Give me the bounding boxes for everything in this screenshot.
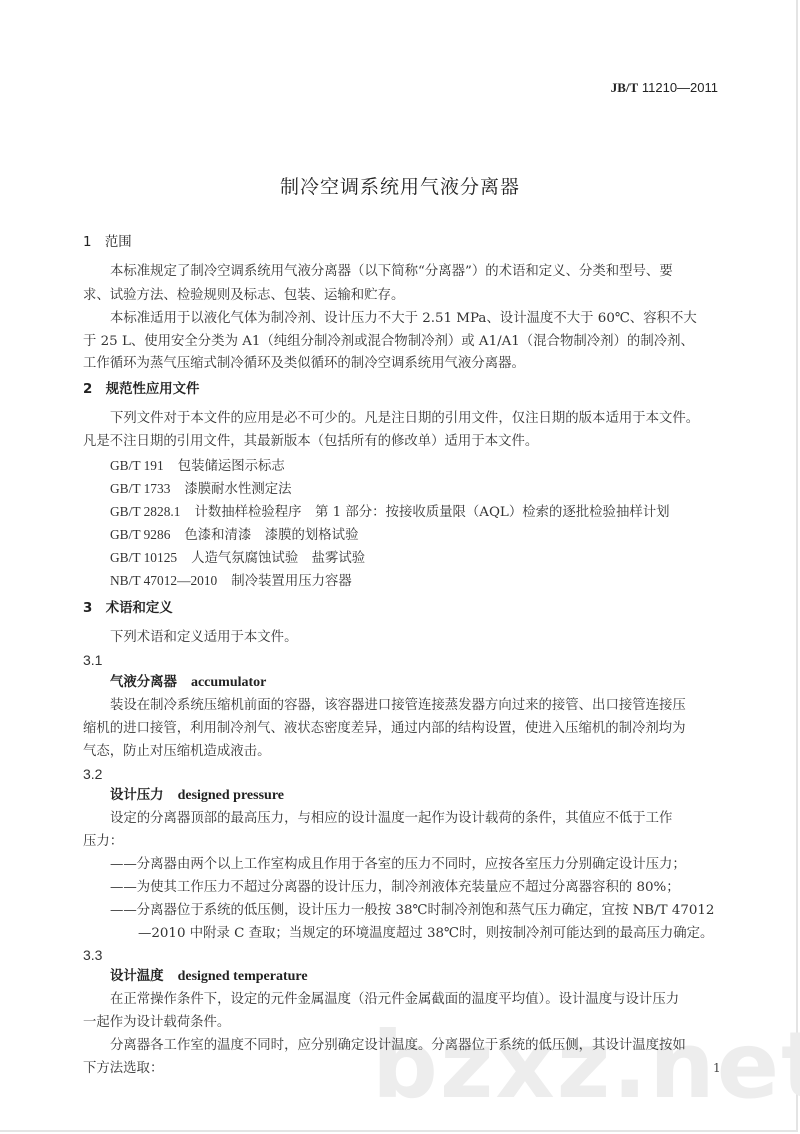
standard-code: 11210—2011 [642, 80, 718, 95]
reference-item: GB/T 9286色漆和清漆 漆膜的划格试验 [110, 526, 358, 545]
reference-title: 人造气氛腐蚀试验 盐雾试验 [191, 551, 365, 566]
paragraph-line: 工作循环为蒸气压缩式制冷循环及类似循环的制冷空调系统用气液分离器。 [83, 355, 525, 373]
reference-code: GB/T 191 [110, 458, 164, 473]
paragraph-line: 在正常操作条件下，设定的元件金属温度（沿元件金属截面的温度平均值）。设计温度与设… [110, 991, 679, 1009]
clause-number: 3.3 [83, 946, 102, 964]
reference-title: 包装储运图示标志 [178, 459, 285, 474]
paragraph-line: 分离器各工作室的温度不同时，应分别确定设计温度。分离器位于系统的低压侧，其设计温… [110, 1037, 686, 1055]
paragraph-line: 下方法选取： [83, 1060, 163, 1078]
paragraph-line: 缩机的进口接管，利用制冷剂气、液状态密度差异，通过内部的结构设置，使进入压缩机的… [83, 720, 686, 738]
paragraph-line: 于 25 L、使用安全分类为 A1（纯组分制冷剂或混合物制冷剂）或 A1/A1（… [83, 333, 694, 351]
list-item: ——分离器由两个以上工作室构成且作用于各室的压力不同时，应按各室压力分别确定设计… [110, 856, 686, 874]
reference-title: 计数抽样检验程序 第 1 部分：按接收质量限（AQL）检索的逐批检验抽样计划 [194, 505, 669, 520]
reference-item: GB/T 1733漆膜耐水性测定法 [110, 480, 292, 499]
reference-code: GB/T 1733 [110, 481, 170, 496]
paragraph-line: 设定的分离器顶部的最高压力，与相应的设计温度一起作为设计载荷的条件，其值应不低于… [110, 810, 672, 828]
reference-title: 制冷装置用压力容器 [231, 574, 352, 589]
page-number: 1 [713, 1061, 721, 1075]
document-page: bzxz.net JB/T 11210—2011 制冷空调系统用气液分离器 1 … [0, 0, 798, 1132]
paragraph-line: 下列文件对于本文件的应用是必不可少的。凡是注日期的引用文件，仅注日期的版本适用于… [110, 410, 699, 428]
term-cn: 气液分离器 [110, 675, 177, 690]
paragraph-line: 一起作为设计载荷条件。 [83, 1014, 230, 1032]
paragraph-line: 凡是不注日期的引用文件，其最新版本（包括所有的修改单）适用于本文件。 [83, 433, 538, 451]
term-heading: 设计温度designed temperature [110, 968, 308, 986]
reference-code: GB/T 9286 [110, 527, 170, 542]
standard-prefix: JB/T [611, 80, 638, 95]
term-heading: 气液分离器accumulator [110, 674, 266, 692]
reference-item: NB/T 47012—2010制冷装置用压力容器 [110, 572, 352, 591]
list-item: ——分离器位于系统的低压侧，设计压力一般按 38℃时制冷剂饱和蒸气压力确定，宜按… [110, 902, 714, 920]
clause-number: 3.2 [83, 765, 102, 783]
reference-title: 漆膜耐水性测定法 [184, 482, 291, 497]
paragraph-line: 下列术语和定义适用于本文件。 [110, 629, 297, 647]
reference-item: GB/T 2828.1计数抽样检验程序 第 1 部分：按接收质量限（AQL）检索… [110, 503, 670, 522]
list-item-continuation: —2010 中附录 C 查取；当规定的环境温度超过 38℃时，则按制冷剂可能达到… [138, 925, 713, 943]
list-item: ——为使其工作压力不超过分离器的设计压力，制冷剂液体充装量应不超过分离器容积的 … [110, 879, 680, 897]
clause-number: 3.1 [83, 651, 102, 669]
reference-title: 色漆和清漆 漆膜的划格试验 [184, 528, 358, 543]
reference-item: GB/T 10125人造气氛腐蚀试验 盐雾试验 [110, 549, 365, 568]
term-en: designed pressure [178, 788, 284, 803]
section-1-heading: 1 范围 [83, 234, 132, 252]
term-en: designed temperature [178, 969, 308, 984]
paragraph-line: 本标准规定了制冷空调系统用气液分离器（以下简称“分离器”）的术语和定义、分类和型… [110, 263, 673, 281]
section-3-heading: 3 术语和定义 [83, 600, 173, 618]
watermark: bzxz.net [372, 1020, 800, 1112]
term-cn: 设计压力 [110, 788, 164, 803]
reference-code: GB/T 2828.1 [110, 504, 180, 519]
paragraph-line: 求、试验方法、检验规则及标志、包装、运输和贮存。 [83, 287, 404, 305]
paragraph-line: 压力： [83, 833, 123, 851]
paragraph-line: 本标准适用于以液化气体为制冷剂、设计压力不大于 2.51 MPa、设计温度不大于… [110, 310, 697, 328]
term-heading: 设计压力designed pressure [110, 787, 284, 805]
reference-code: GB/T 10125 [110, 550, 177, 565]
term-en: accumulator [191, 675, 266, 690]
paragraph-line: 装设在制冷系统压缩机前面的容器，该容器进口接管连接蒸发器方向过来的接管、出口接管… [110, 697, 686, 715]
reference-item: GB/T 191包装储运图示标志 [110, 457, 285, 476]
document-title: 制冷空调系统用气液分离器 [0, 172, 800, 199]
term-cn: 设计温度 [110, 969, 164, 984]
paragraph-line: 气态，防止对压缩机造成液击。 [83, 743, 270, 761]
reference-code: NB/T 47012—2010 [110, 573, 217, 588]
standard-number: JB/T 11210—2011 [611, 80, 718, 96]
section-2-heading: 2 规范性应用文件 [83, 381, 199, 399]
